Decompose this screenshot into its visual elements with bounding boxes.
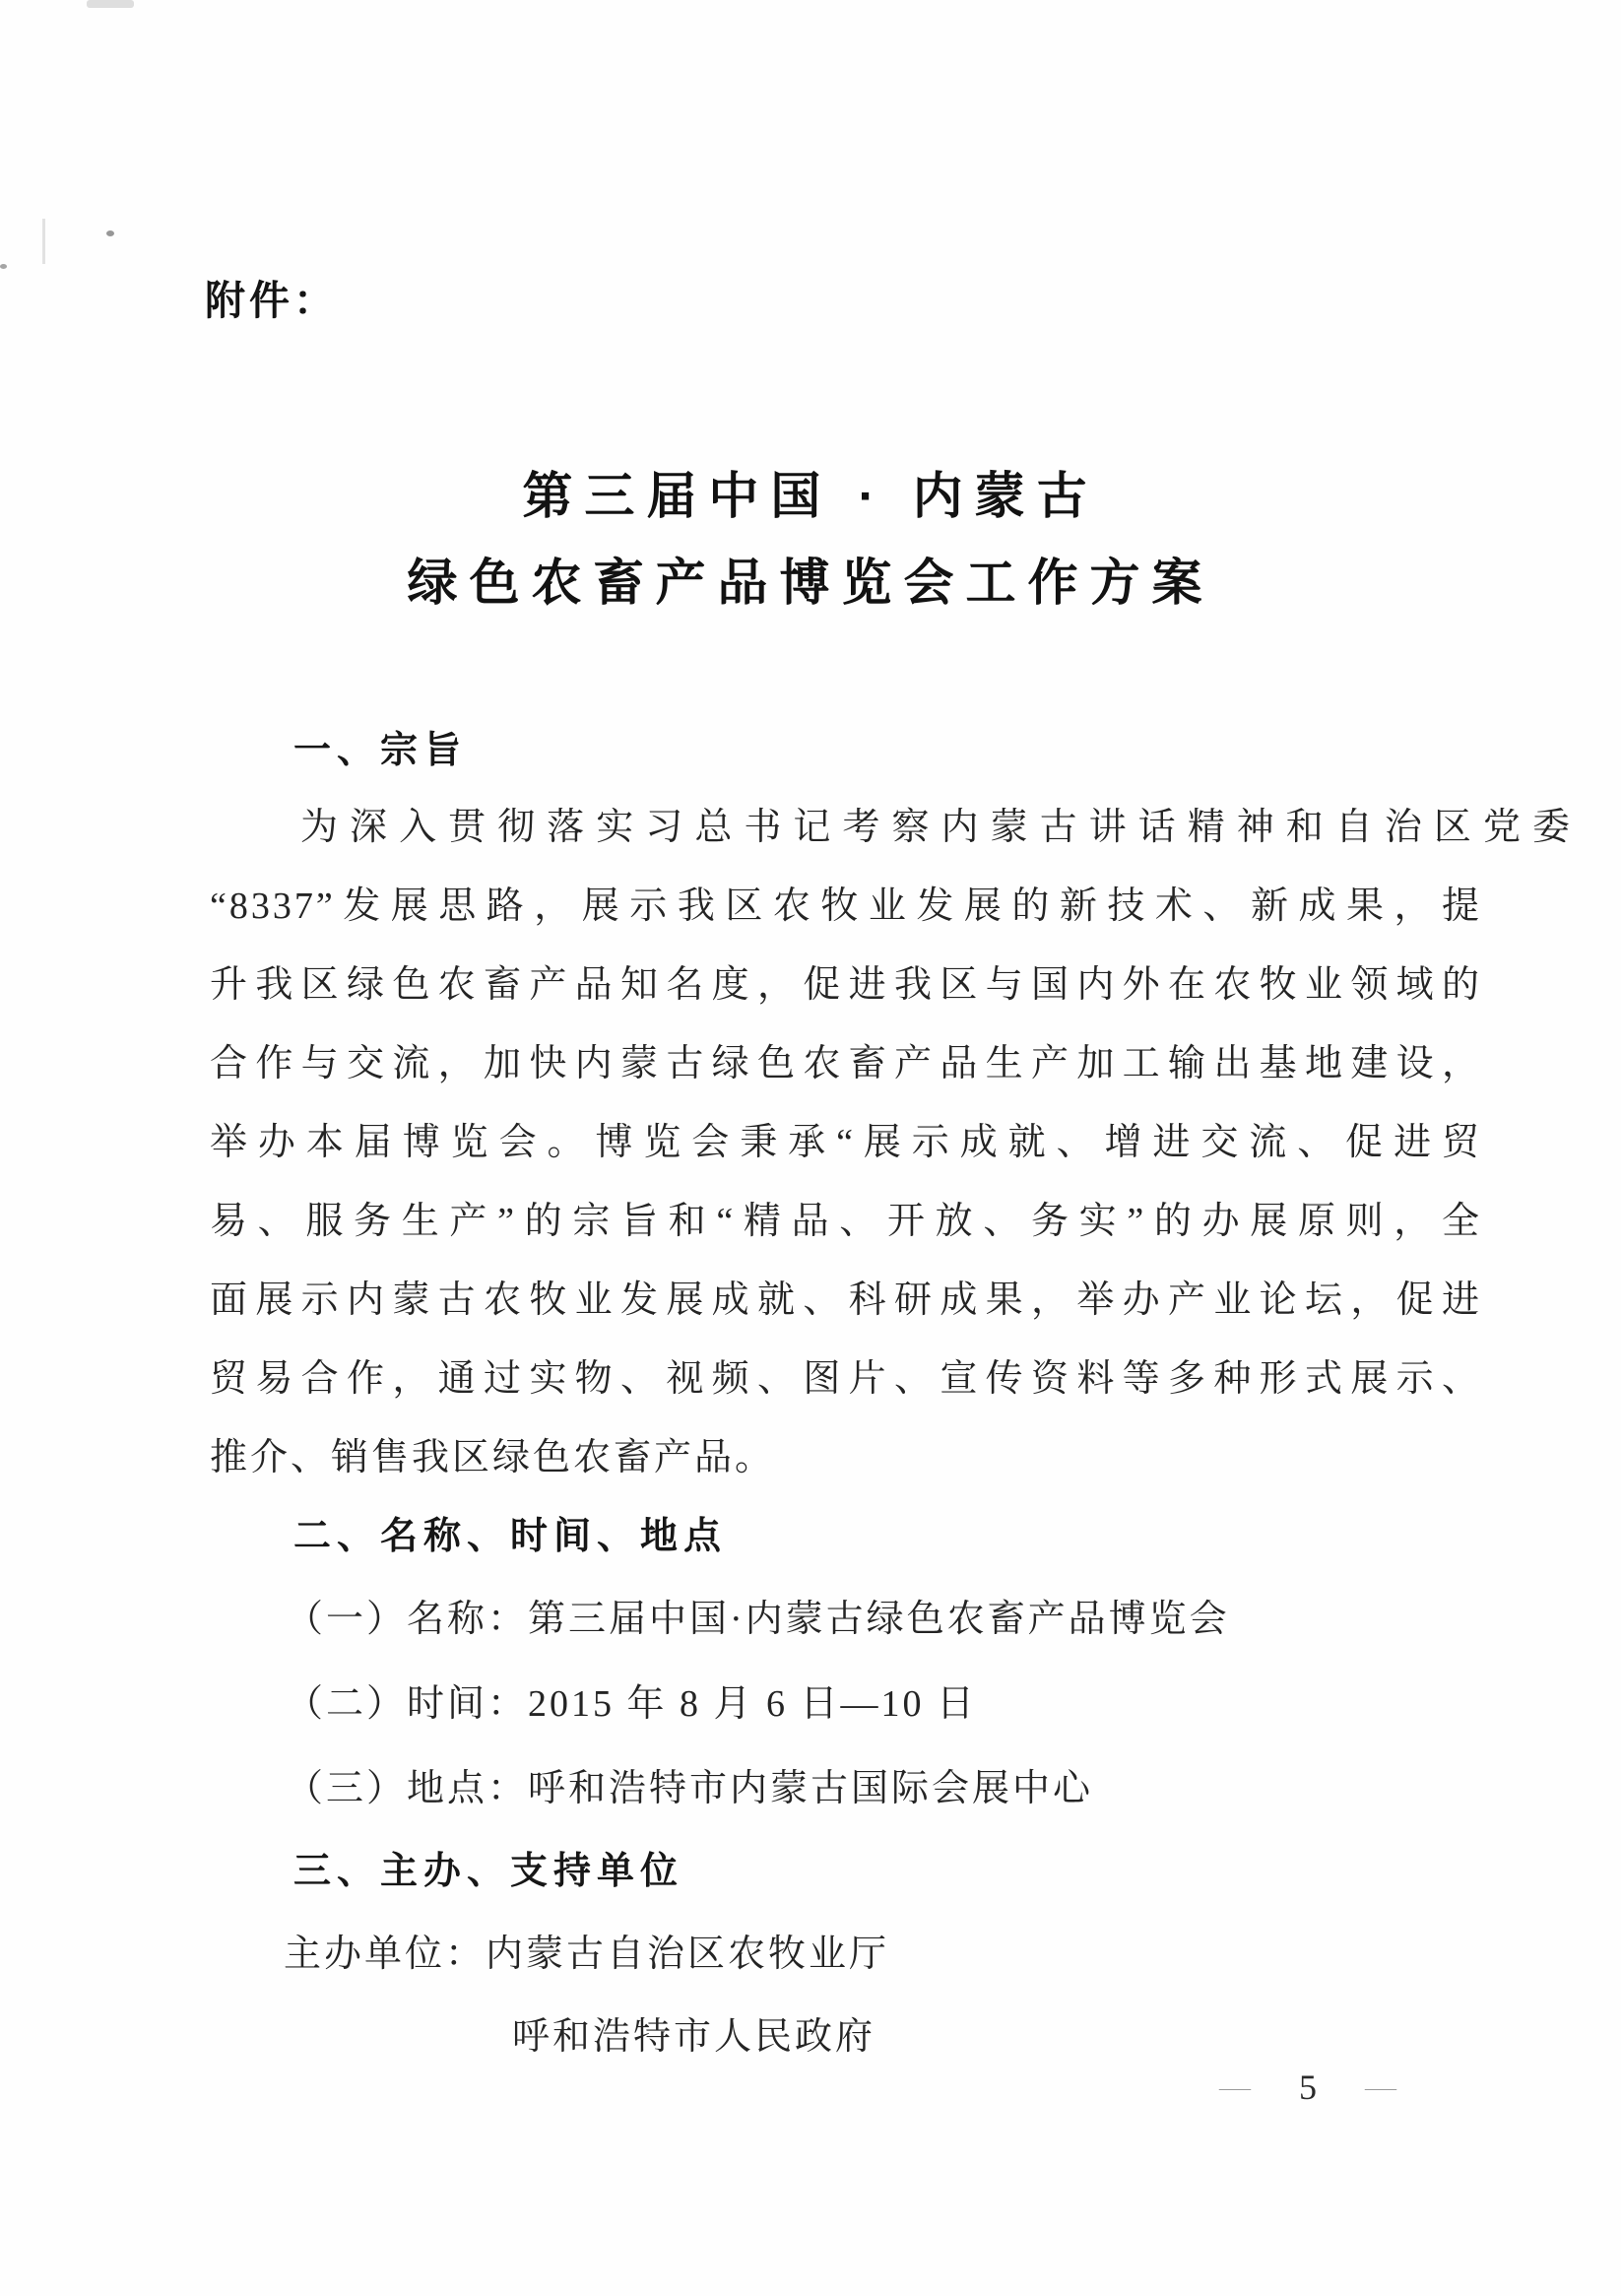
scan-artifact-smudge [87,0,134,8]
footer-dash-right: — [1365,2076,1396,2098]
paragraph-line: 为深入贯彻落实习总书记考察内蒙古讲话精神和自治区党委 [210,806,1573,851]
footer-dash-left: — [1219,2076,1251,2098]
page-footer: — 5 — [1219,2066,1396,2108]
paragraph-line: 举办本届博览会。博览会秉承“展示成就、增进交流、促进贸 [210,1121,1482,1166]
page-number: 5 [1299,2066,1317,2108]
list-item-name: （一）名称：第三届中国·内蒙古绿色农畜产品博览会 [286,1598,1230,1643]
organizer-line2: 呼和浩特市人民政府 [512,2015,875,2061]
paragraph-line: 面展示内蒙古农牧业发展成就、科研成果，举办产业论坛，促进 [210,1279,1482,1324]
paragraph-line: 升我区绿色农畜产品知名度，促进我区与国内外在农牧业领域的 [210,963,1482,1009]
document-page: 附件： 第三届中国 · 内蒙古 绿色农畜产品博览会工作方案 一、宗旨 为深入贯彻… [0,0,1621,2296]
organizer-line1: 主办单位：内蒙古自治区农牧业厅 [284,1933,889,1978]
section3-heading: 三、主办、支持单位 [293,1850,683,1895]
paragraph-line: 合作与交流，加快内蒙古绿色农畜产品生产加工输出基地建设， [210,1042,1482,1087]
scan-artifact-line [42,219,45,264]
doc-title-line1: 第三届中国 · 内蒙古 [0,455,1621,528]
list-item-location: （三）地点：呼和浩特市内蒙古国际会展中心 [286,1767,1093,1812]
attachment-label: 附件： [205,268,338,326]
doc-title-line2: 绿色农畜产品博览会工作方案 [0,542,1621,615]
paragraph-line: 推介、销售我区绿色农畜产品。 [210,1436,775,1481]
scan-artifact-dot [106,230,114,236]
list-item-time: （二）时间：2015 年 8 月 6 日—10 日 [286,1682,977,1728]
scan-artifact-dot [0,264,7,269]
paragraph-line: 易、服务生产”的宗旨和“精品、开放、务实”的办展原则，全 [210,1200,1482,1245]
section1-heading: 一、宗旨 [293,729,467,774]
section2-heading: 二、名称、时间、地点 [293,1515,727,1560]
paragraph-line: 贸易合作，通过实物、视频、图片、宣传资料等多种形式展示、 [210,1357,1482,1403]
paragraph-line: “8337”发展思路，展示我区农牧业发展的新技术、新成果，提 [210,885,1482,930]
